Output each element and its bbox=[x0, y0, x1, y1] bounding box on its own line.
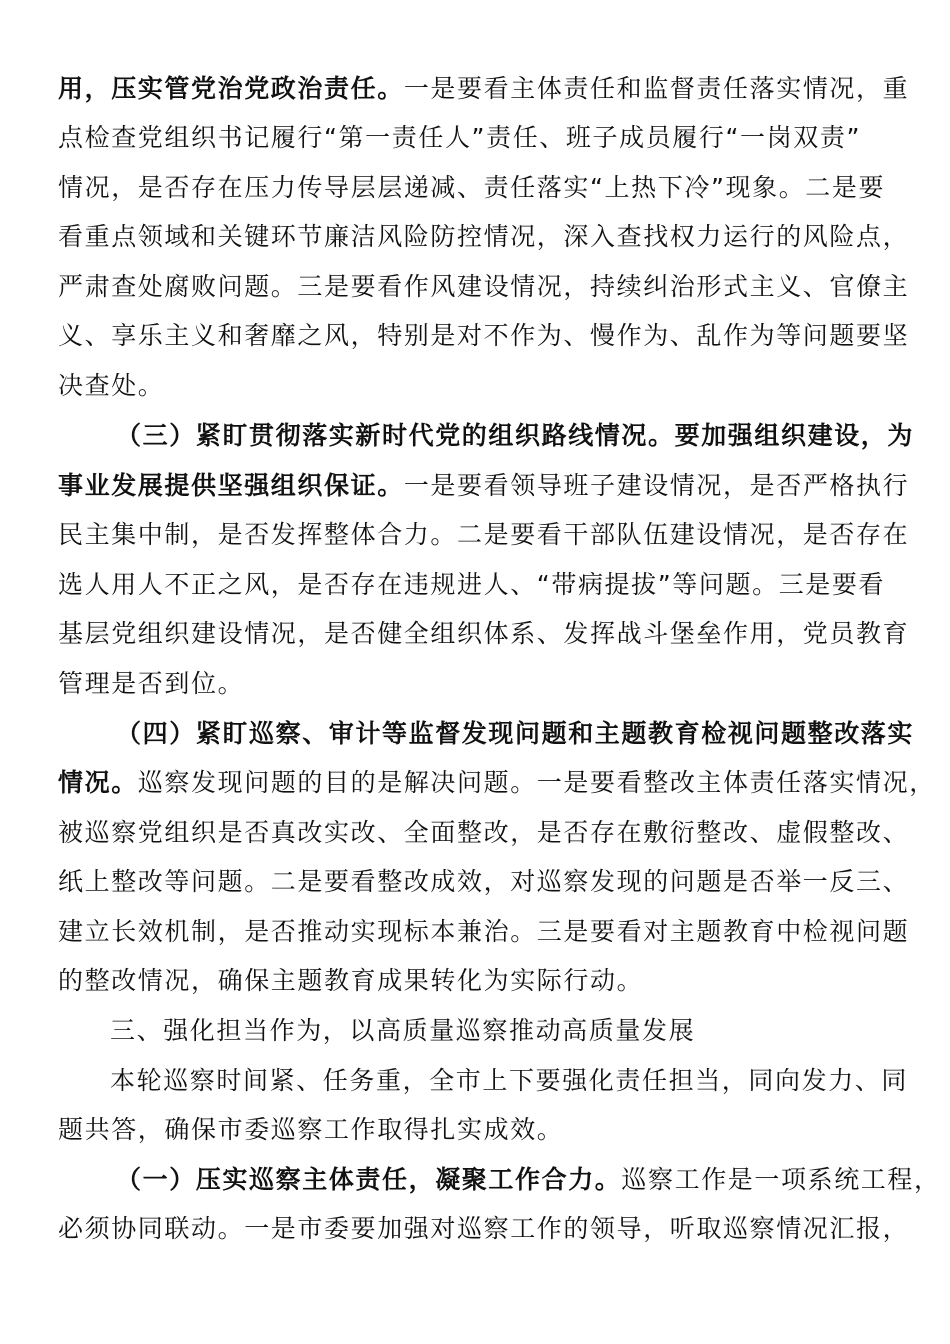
paragraph-line: 义、享乐主义和奢靡之风，特别是对不作为、慢作为、乱作为等问题要坚 bbox=[58, 316, 898, 356]
body-text: 选人用人不正之风，是否存在违规进人、“带病提拔”等问题。三是要看 bbox=[58, 570, 885, 599]
paragraph-line: 事业发展提供坚强组织保证。一是要看领导班子建设情况，是否严格执行 bbox=[58, 466, 898, 506]
document-page: 用，压实管党治党政治责任。一是要看主体责任和监督责任落实情况，重 点检查党组织书… bbox=[0, 0, 950, 1344]
paragraph-line: 建立长效机制，是否推动实现标本兼治。三是要看对主题教育中检视问题 bbox=[58, 912, 898, 952]
chapter-heading: 三、强化担当作为，以高质量巡察推动高质量发展 bbox=[110, 1011, 950, 1051]
paragraph-line: 基层党组织建设情况，是否健全组织体系、发挥战斗堡垒作用，党员教育 bbox=[58, 614, 898, 654]
body-text: 巡察工作是一项系统工程， bbox=[621, 1165, 940, 1194]
body-text: 情况，是否存在压力传导层层递减、责任落实“上热下冷”现象。二是要 bbox=[58, 173, 885, 202]
bold-heading-text: （四）紧盯巡察、审计等监督发现问题和主题教育检视问题整改落实 bbox=[116, 719, 914, 748]
bold-heading-text: （三）紧盯贯彻落实新时代党的组织路线情况。要加强组织建设，为 bbox=[116, 421, 914, 450]
section-heading-3: （三）紧盯贯彻落实新时代党的组织路线情况。要加强组织建设，为 bbox=[116, 416, 950, 456]
bold-heading-text: 事业发展提供坚强组织保证。 bbox=[58, 471, 404, 500]
body-text: 一是要看主体责任和监督责任落实情况，重 bbox=[404, 74, 909, 103]
body-text: 决查处。 bbox=[58, 371, 164, 400]
section-heading-1: （一）压实巡察主体责任，凝聚工作合力。巡察工作是一项系统工程， bbox=[116, 1160, 950, 1200]
body-text: 被巡察党组织是否真改实改、全面整改，是否存在敷衍整改、虚假整改、 bbox=[58, 818, 909, 847]
body-text: 基层党组织建设情况，是否健全组织体系、发挥战斗堡垒作用，党员教育 bbox=[58, 619, 909, 648]
bold-heading-text: 情况。 bbox=[58, 768, 138, 797]
section-heading-4: （四）紧盯巡察、审计等监督发现问题和主题教育检视问题整改落实 bbox=[116, 714, 950, 754]
paragraph-line: 点检查党组织书记履行“第一责任人”责任、班子成员履行“一岗双责” bbox=[58, 118, 898, 158]
body-text: 纸上整改等问题。二是要看整改成效，对巡察发现的问题是否举一反三、 bbox=[58, 867, 909, 896]
body-text: 严肃查处腐败问题。三是要看作风建设情况，持续纠治形式主义、官僚主 bbox=[58, 272, 909, 301]
paragraph-line: 决查处。 bbox=[58, 366, 898, 406]
body-text: 看重点领域和关键环节廉洁风险防控情况，深入查找权力运行的风险点， bbox=[58, 222, 909, 251]
body-text: 的整改情况，确保主题教育成果转化为实际行动。 bbox=[58, 966, 643, 995]
bold-heading-text: 用，压实管党治党政治责任。 bbox=[58, 74, 404, 103]
body-text: 管理是否到位。 bbox=[58, 669, 244, 698]
paragraph-line: 用，压实管党治党政治责任。一是要看主体责任和监督责任落实情况，重 bbox=[58, 69, 898, 109]
paragraph-line: 看重点领域和关键环节廉洁风险防控情况，深入查找权力运行的风险点， bbox=[58, 217, 898, 257]
paragraph-line: 本轮巡察时间紧、任务重，全市上下要强化责任担当，同向发力、同 bbox=[110, 1061, 950, 1101]
paragraph-line: 情况。巡察发现问题的目的是解决问题。一是要看整改主体责任落实情况， bbox=[58, 763, 898, 803]
body-text: 民主集中制，是否发挥整体合力。二是要看干部队伍建设情况，是否存在 bbox=[58, 520, 909, 549]
paragraph-line: 管理是否到位。 bbox=[58, 664, 898, 704]
paragraph-line: 情况，是否存在压力传导层层递减、责任落实“上热下冷”现象。二是要 bbox=[58, 168, 898, 208]
chapter-heading-text: 三、强化担当作为，以高质量巡察推动高质量发展 bbox=[110, 1016, 695, 1045]
paragraph-line: 严肃查处腐败问题。三是要看作风建设情况，持续纠治形式主义、官僚主 bbox=[58, 267, 898, 307]
body-text: 巡察发现问题的目的是解决问题。一是要看整改主体责任落实情况， bbox=[138, 768, 936, 797]
body-text: 建立长效机制，是否推动实现标本兼治。三是要看对主题教育中检视问题 bbox=[58, 917, 909, 946]
paragraph-line: 选人用人不正之风，是否存在违规进人、“带病提拔”等问题。三是要看 bbox=[58, 565, 898, 605]
body-text: 一是要看领导班子建设情况，是否严格执行 bbox=[404, 471, 909, 500]
paragraph-line: 必须协同联动。一是市委要加强对巡察工作的领导，听取巡察情况汇报， bbox=[58, 1209, 898, 1249]
body-text: 本轮巡察时间紧、任务重，全市上下要强化责任担当，同向发力、同 bbox=[110, 1066, 908, 1095]
paragraph-line: 民主集中制，是否发挥整体合力。二是要看干部队伍建设情况，是否存在 bbox=[58, 515, 898, 555]
paragraph-line: 的整改情况，确保主题教育成果转化为实际行动。 bbox=[58, 961, 898, 1001]
body-text: 点检查党组织书记履行“第一责任人”责任、班子成员履行“一岗双责” bbox=[58, 123, 861, 152]
paragraph-line: 题共答，确保市委巡察工作取得扎实成效。 bbox=[58, 1110, 898, 1150]
body-text: 必须协同联动。一是市委要加强对巡察工作的领导，听取巡察情况汇报， bbox=[58, 1214, 909, 1243]
paragraph-line: 纸上整改等问题。二是要看整改成效，对巡察发现的问题是否举一反三、 bbox=[58, 862, 898, 902]
body-text: 义、享乐主义和奢靡之风，特别是对不作为、慢作为、乱作为等问题要坚 bbox=[58, 321, 909, 350]
bold-heading-text: （一）压实巡察主体责任，凝聚工作合力。 bbox=[116, 1165, 621, 1194]
paragraph-line: 被巡察党组织是否真改实改、全面整改，是否存在敷衍整改、虚假整改、 bbox=[58, 813, 898, 853]
body-text: 题共答，确保市委巡察工作取得扎实成效。 bbox=[58, 1115, 563, 1144]
